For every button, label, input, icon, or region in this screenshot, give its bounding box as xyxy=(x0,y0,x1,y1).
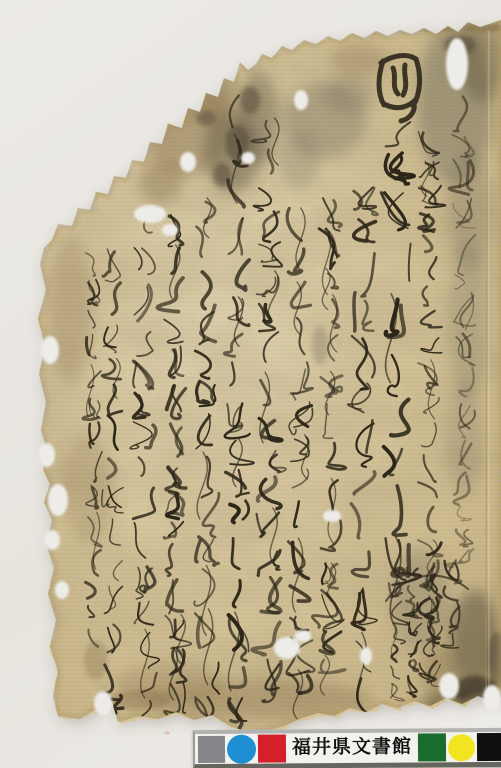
color-scale-strip: 福井県文書館 xyxy=(195,732,501,764)
archive-label: 福井県文書館 xyxy=(288,734,416,763)
red-square-patch xyxy=(258,734,286,762)
green-square-patch xyxy=(418,733,446,761)
yellow-circle-patch xyxy=(448,734,475,761)
color-patches-left xyxy=(198,734,286,764)
color-scale-bar: 福井県文書館 xyxy=(193,728,501,768)
manuscript-photo: 福井県文書館 xyxy=(0,0,501,768)
black-square-patch xyxy=(477,733,501,761)
gray-square-patch xyxy=(198,735,225,762)
backdrop-speck xyxy=(164,732,170,735)
blue-circle-patch xyxy=(227,734,256,763)
color-patches-right xyxy=(418,733,501,762)
manuscript-paper-svg xyxy=(0,0,501,768)
